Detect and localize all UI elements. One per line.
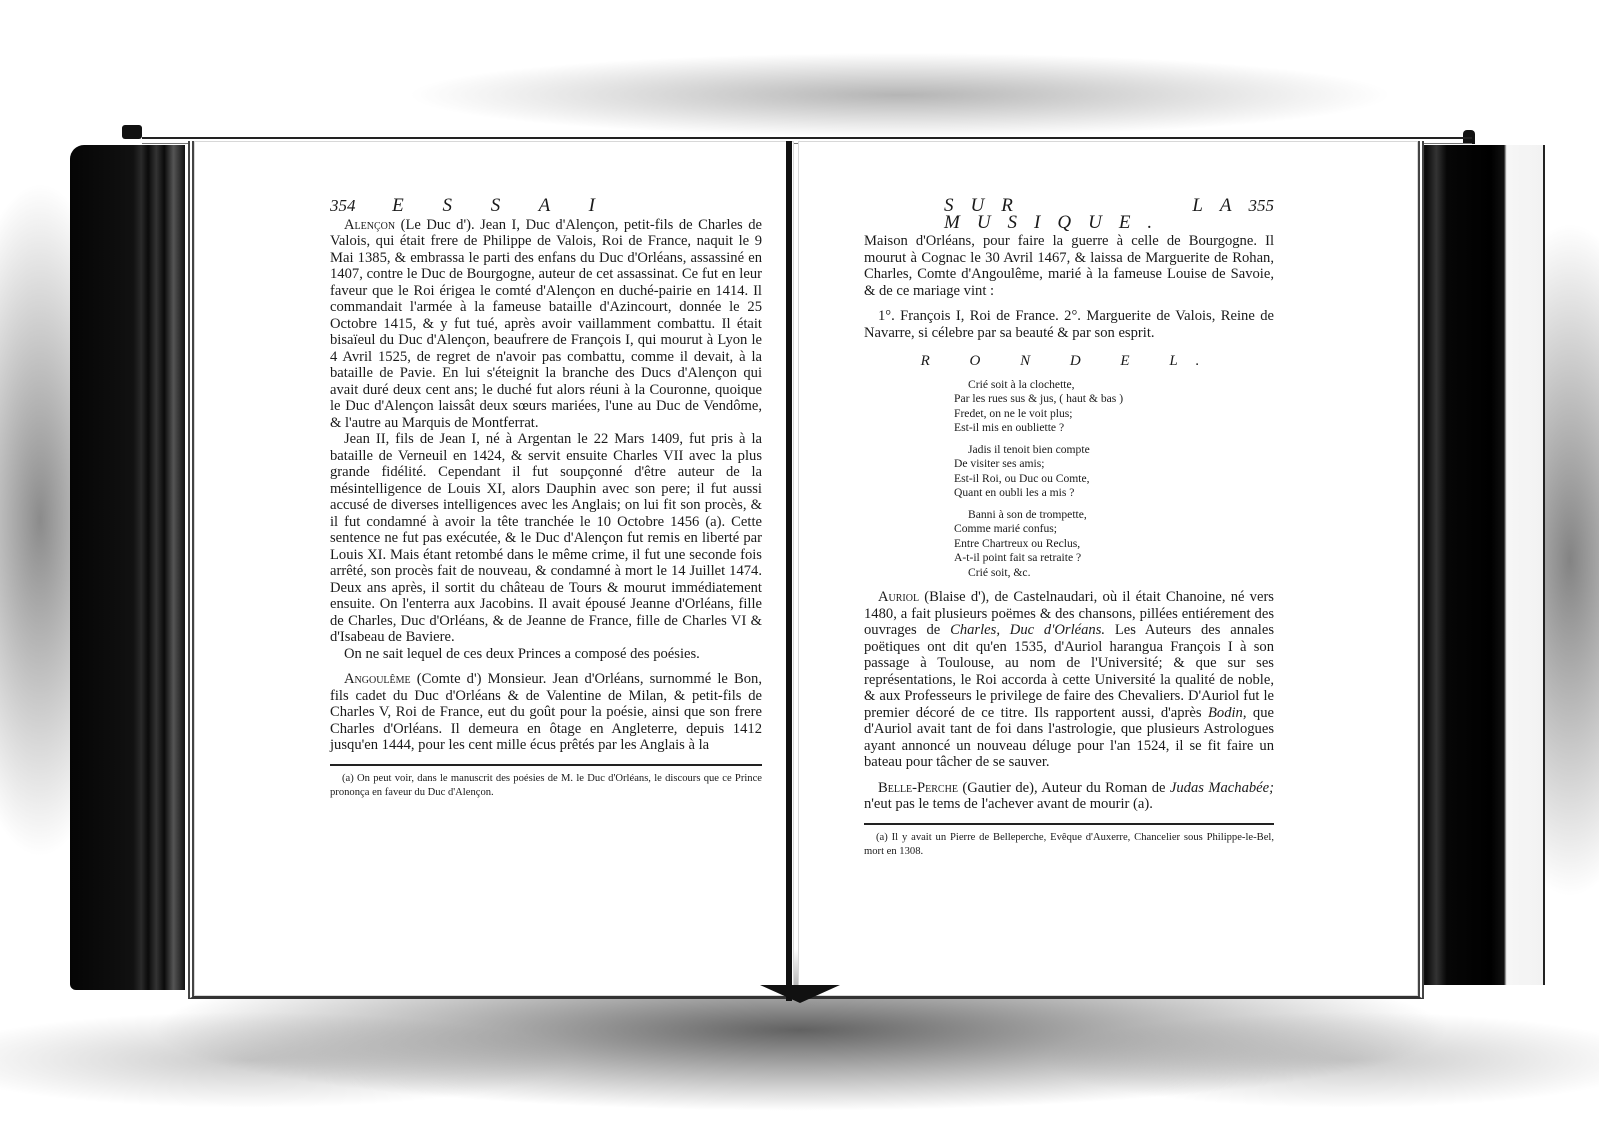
footnote-rule (864, 823, 1274, 825)
clasp-left-icon (122, 125, 142, 139)
book-cover-left (70, 145, 185, 990)
poem-line: De visiter ses amis; (954, 457, 1274, 472)
running-head-title: E S S A I (392, 198, 612, 215)
entry-jean-ii: Jean II, fils de Jean I, né à Argentan l… (330, 431, 762, 646)
running-head-title: SUR LA MUSIQUE. (944, 198, 1249, 231)
poem-line: Par les rues sus & jus, ( haut & bas ) (954, 392, 1274, 407)
poem-line: Entre Chartreux ou Reclus, (954, 537, 1274, 552)
page-number: 355 (1249, 198, 1275, 215)
left-page: 354 E S S A I Alençon (Le Duc d'). Jean … (330, 198, 762, 800)
entry-auriol: Auriol (Blaise d'), de Castelnaudari, où… (864, 589, 1274, 771)
headword: Angoulême (344, 671, 411, 687)
poem-title: R O N D E L. (864, 353, 1274, 370)
poem-line: Quant en oubli les a mis ? (954, 486, 1274, 501)
poem-line: Banni à son de trompette, (954, 508, 1274, 523)
headword: Belle-Perche (878, 780, 958, 796)
headword: Alençon (344, 217, 395, 233)
entry-text: (Le Duc d'). Jean I, Duc d'Alençon, peti… (330, 217, 762, 431)
footnote: (a) On peut voir, dans le manuscrit des … (330, 772, 762, 800)
poem-line: Est-il mis en oubliette ? (954, 421, 1274, 436)
entry-text-italic: Charles, Duc d'Orléans. (950, 622, 1105, 638)
poem-line: A-t-il point fait sa retraite ? (954, 551, 1274, 566)
footnote: (a) Il y avait un Pierre de Belleperche,… (864, 831, 1274, 859)
entry-alencon: Alençon (Le Duc d'). Jean I, Duc d'Alenç… (330, 217, 762, 432)
poem-line: Crié soit à la clochette, (954, 378, 1274, 393)
entry-text: Jean II, fils de Jean I, né à Argentan l… (330, 431, 762, 645)
right-running-head: SUR LA MUSIQUE. 355 (864, 198, 1274, 231)
poem-stanza: Crié soit à la clochette, Par les rues s… (954, 378, 1274, 436)
children-list: 1°. François I, Roi de France. 2°. Margu… (864, 308, 1274, 341)
entry-belle-perche: Belle-Perche (Gautier de), Auteur du Rom… (864, 780, 1274, 813)
entry-text-italic: Judas Machabée; (1170, 780, 1274, 796)
poem-stanza: Jadis il tenoit bien compte De visiter s… (954, 443, 1274, 501)
poem-line: Crié soit, &c. (954, 566, 1274, 581)
poem-line: Fredet, on ne le voit plus; (954, 407, 1274, 422)
footnote-rule (330, 764, 762, 766)
entry-note-poesies: On ne sait lequel de ces deux Princes a … (330, 646, 762, 663)
entry-text: (Gautier de), Auteur du Roman de (962, 780, 1170, 796)
poem-line: Est-il Roi, ou Duc ou Comte, (954, 472, 1274, 487)
continuation-text: Maison d'Orléans, pour faire la guerre à… (864, 233, 1274, 299)
page-number: 354 (330, 198, 356, 215)
headword: Auriol (878, 589, 919, 605)
entry-text-italic: Bodin (1208, 705, 1243, 721)
right-page: SUR LA MUSIQUE. 355 Maison d'Orléans, po… (864, 198, 1274, 859)
poem-line: Comme marié confus; (954, 522, 1274, 537)
entry-text: n'eut pas le tems de l'achever avant de … (864, 796, 1153, 812)
entry-angouleme: Angoulême (Comte d') Monsieur. Jean d'Or… (330, 671, 762, 754)
poem-stanza: Banni à son de trompette, Comme marié co… (954, 508, 1274, 581)
book-cover-right (1413, 145, 1545, 985)
open-book (70, 125, 1545, 1010)
left-running-head: 354 E S S A I (330, 198, 762, 215)
gutter-fold (760, 985, 840, 1003)
entry-text: On ne sait lequel de ces deux Princes a … (344, 646, 700, 662)
poem-line: Jadis il tenoit bien compte (954, 443, 1274, 458)
book-gutter (786, 141, 792, 1001)
